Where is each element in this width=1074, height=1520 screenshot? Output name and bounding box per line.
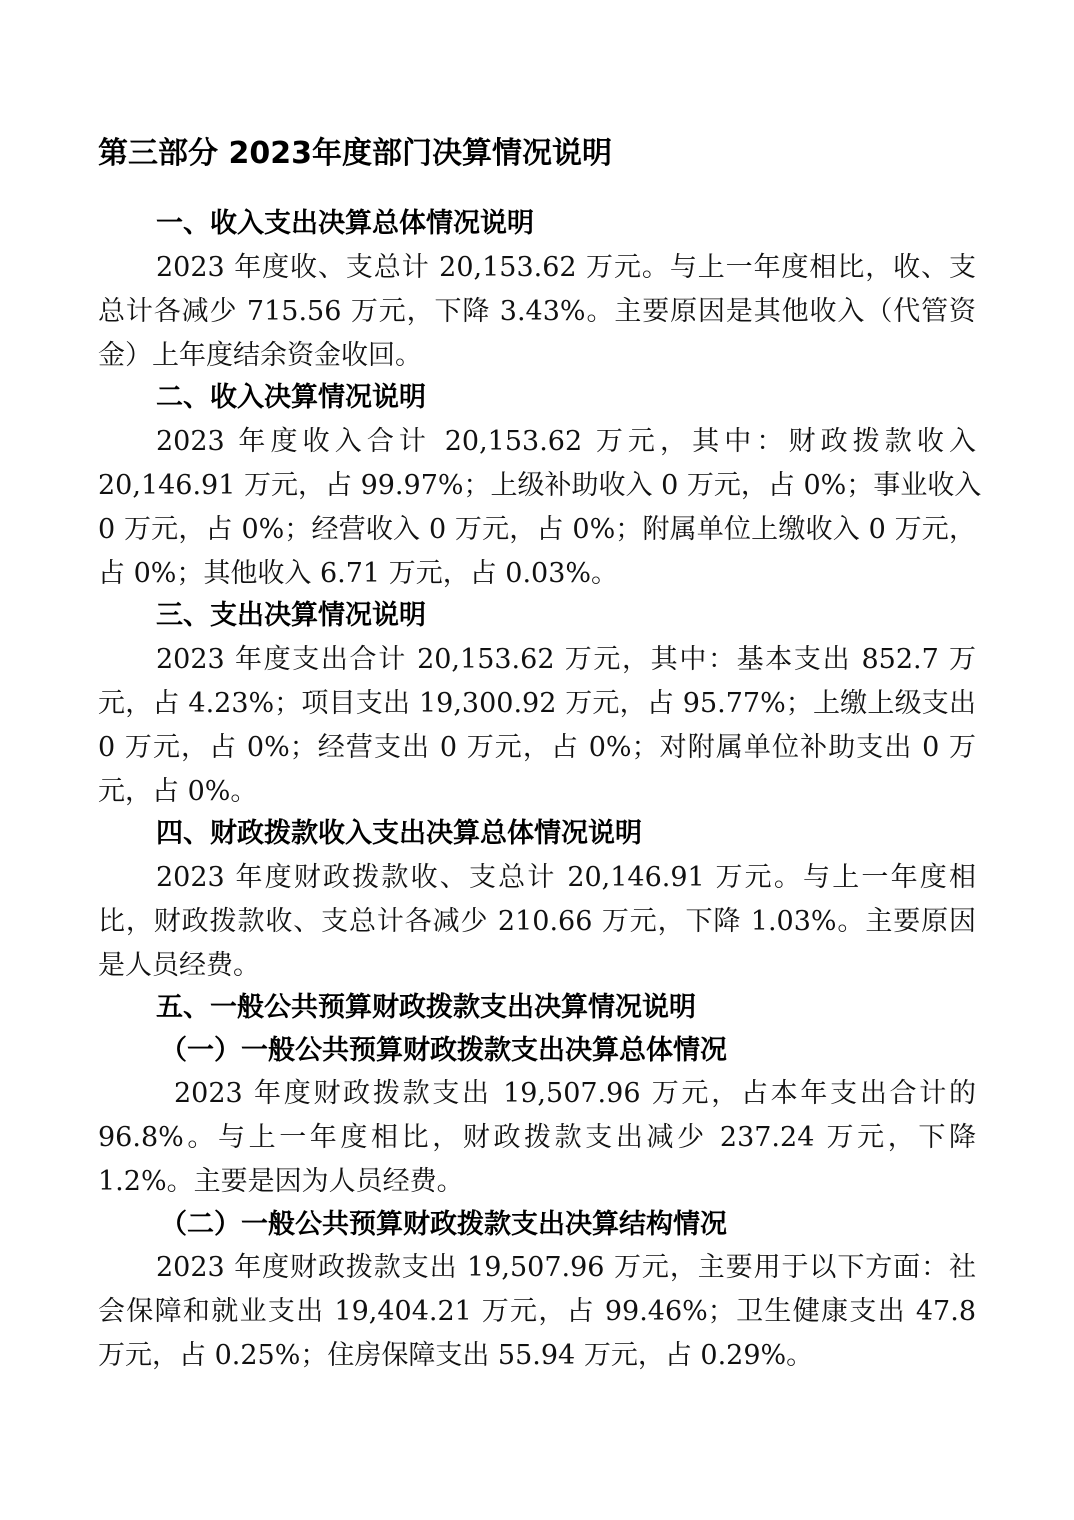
paragraph-line: 万元，占 0.25%；住房保障支出 55.94 万元，占 0.29%。	[98, 1338, 976, 1374]
paragraph-line: 总计各减少 715.56 万元，下降 3.43%。主要原因是其他收入（代管资	[98, 294, 976, 330]
paragraph-line: 2023 年度财政拨款支出 19,507.96 万元，占本年支出合计的	[174, 1076, 976, 1112]
paragraph-line: 元，占 0%。	[98, 774, 976, 810]
paragraph-line: 1.2%。主要是因为人员经费。	[98, 1164, 976, 1200]
paragraph-line: 2023 年度收入合计 20,153.62 万元，其中：财政拨款收入	[156, 424, 976, 460]
subsection-heading-2: （二）一般公共预算财政拨款支出决算结构情况	[160, 1207, 727, 1243]
paragraph-line: 2023 年度财政拨款支出 19,507.96 万元，主要用于以下方面：社	[156, 1250, 976, 1286]
paragraph-line: 元，占 4.23%；项目支出 19,300.92 万元，占 95.77%；上缴上…	[98, 686, 976, 722]
section-heading-2: 二、收入决算情况说明	[156, 380, 426, 416]
paragraph-line: 占 0%；其他收入 6.71 万元，占 0.03%。	[98, 556, 976, 592]
paragraph-line: 比，财政拨款收、支总计各减少 210.66 万元，下降 1.03%。主要原因	[98, 904, 976, 940]
paragraph-line: 2023 年度收、支总计 20,153.62 万元。与上一年度相比，收、支	[156, 250, 976, 286]
paragraph-line: 2023 年度支出合计 20,153.62 万元，其中：基本支出 852.7 万	[156, 642, 976, 678]
paragraph-line: 20,146.91 万元，占 99.97%；上级补助收入 0 万元，占 0%；事…	[98, 468, 976, 504]
document-page: 第三部分 2023年度部门决算情况说明 一、收入支出决算总体情况说明 2023 …	[0, 0, 1074, 1520]
paragraph-line: 0 万元，占 0%；经营支出 0 万元，占 0%；对附属单位补助支出 0 万	[98, 730, 976, 766]
paragraph-line: 0 万元，占 0%；经营收入 0 万元，占 0%；附属单位上缴收入 0 万元，	[98, 512, 976, 548]
subsection-heading-1: （一）一般公共预算财政拨款支出决算总体情况	[160, 1033, 727, 1069]
page-title: 第三部分 2023年度部门决算情况说明	[98, 134, 612, 174]
section-heading-5: 五、一般公共预算财政拨款支出决算情况说明	[156, 990, 696, 1026]
paragraph-line: 2023 年度财政拨款收、支总计 20,146.91 万元。与上一年度相	[156, 860, 976, 896]
section-heading-3: 三、支出决算情况说明	[156, 598, 426, 634]
paragraph-line: 是人员经费。	[98, 948, 976, 984]
section-heading-4: 四、财政拨款收入支出决算总体情况说明	[156, 816, 642, 852]
paragraph-line: 金）上年度结余资金收回。	[98, 338, 976, 374]
paragraph-line: 会保障和就业支出 19,404.21 万元，占 99.46%；卫生健康支出 47…	[98, 1294, 976, 1330]
section-heading-1: 一、收入支出决算总体情况说明	[156, 206, 534, 242]
paragraph-line: 96.8%。与上一年度相比，财政拨款支出减少 237.24 万元，下降	[98, 1120, 976, 1156]
